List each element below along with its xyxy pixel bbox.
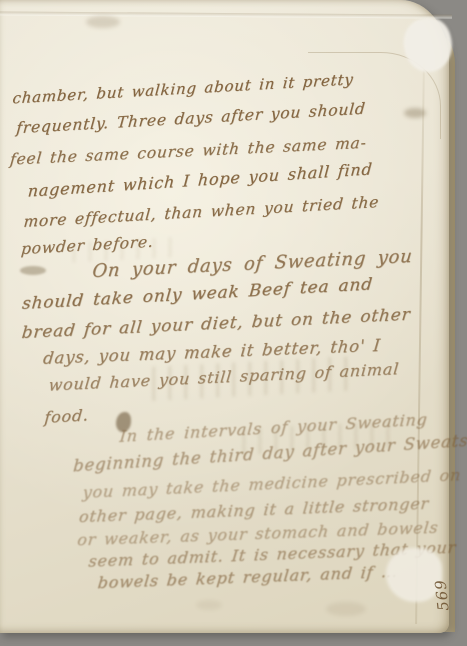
letter-line: food. <box>44 405 90 427</box>
letter-line: more effectual, than when you tried the <box>23 193 380 231</box>
letter-line: frequently. Three days after you should <box>16 100 367 138</box>
manuscript-scan: chamber, but walking about in it prettyf… <box>0 0 467 646</box>
paper-stain <box>86 16 120 28</box>
paper-crease-top <box>0 11 452 18</box>
letter-lines: chamber, but walking about in it prettyf… <box>0 62 467 627</box>
letter-page: chamber, but walking about in it prettyf… <box>0 0 449 633</box>
letter-line: nagement which I hope you shall find <box>27 159 373 200</box>
letter-line: powder before. <box>20 233 154 259</box>
letter-line: chamber, but walking about in it pretty <box>12 70 355 107</box>
